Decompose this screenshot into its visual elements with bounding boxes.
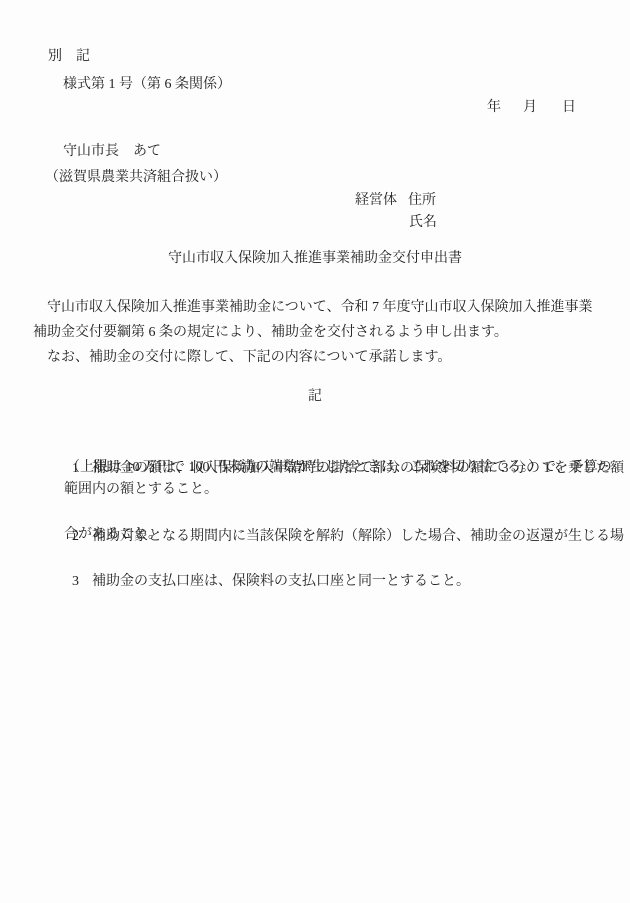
item-text: 補助金の支払口座は、保険料の支払口座と同一とすること。 bbox=[92, 574, 470, 589]
body-paragraph-line: 補助金交付要綱第 6 条の規定により、補助金を交付されるよう申し出ます。 bbox=[33, 321, 508, 345]
list-item-line: 範囲内の額とすること。 bbox=[64, 478, 218, 502]
list-item-line: 1補助金の額は、収入保険加入申請時の掛捨て部分の保険料の額に 3 分の 1 を乗… bbox=[58, 433, 624, 457]
body-paragraph-line: 守山市収入保険加入推進事業補助金について、令和 7 年度守山市収入保険加入推進事… bbox=[47, 296, 592, 320]
appendix-note: 別 記 bbox=[48, 45, 90, 69]
list-item-line: 3補助金の支払口座は、保険料の支払口座と同一とすること。 bbox=[58, 546, 470, 570]
document-page: 別 記 様式第 1 号（第 6 条関係） 年 月 日 守山市長 あて （滋賀県農… bbox=[0, 0, 630, 903]
addressee-via-line: （滋賀県農業共済組合扱い） bbox=[45, 166, 227, 190]
date-line: 年 月 日 bbox=[0, 96, 630, 120]
address-label: 住所 bbox=[408, 189, 436, 213]
item-number: 3 bbox=[72, 570, 92, 594]
list-item-line: （上限は 10 万円で 100 円未満の端数が生じたときは、これを切り捨てる。）… bbox=[66, 456, 612, 480]
date-month-label: 月 bbox=[523, 96, 537, 120]
date-day-label: 日 bbox=[562, 96, 576, 120]
entity-label: 経営体 bbox=[355, 189, 397, 213]
date-year-label: 年 bbox=[487, 96, 501, 120]
list-item-line: 合があること。 bbox=[64, 523, 162, 547]
addressee-line: 守山市長 あて bbox=[63, 140, 161, 164]
applicant-entity-line: 経営体 住所 bbox=[0, 189, 630, 213]
name-label: 氏名 bbox=[409, 211, 437, 235]
form-number: 様式第 1 号（第 6 条関係） bbox=[63, 73, 231, 97]
body-paragraph-line: なお、補助金の交付に際して、下記の内容について承諾します。 bbox=[47, 346, 451, 370]
document-title: 守山市収入保険加入推進事業補助金交付申出書 bbox=[0, 247, 630, 271]
item-text: 補助対象となる期間内に当該保険を解約（解除）した場合、補助金の返還が生じる場 bbox=[92, 529, 624, 544]
list-item-line: 2補助対象となる期間内に当該保険を解約（解除）した場合、補助金の返還が生じる場 bbox=[58, 501, 624, 525]
ki-heading: 記 bbox=[0, 385, 630, 409]
